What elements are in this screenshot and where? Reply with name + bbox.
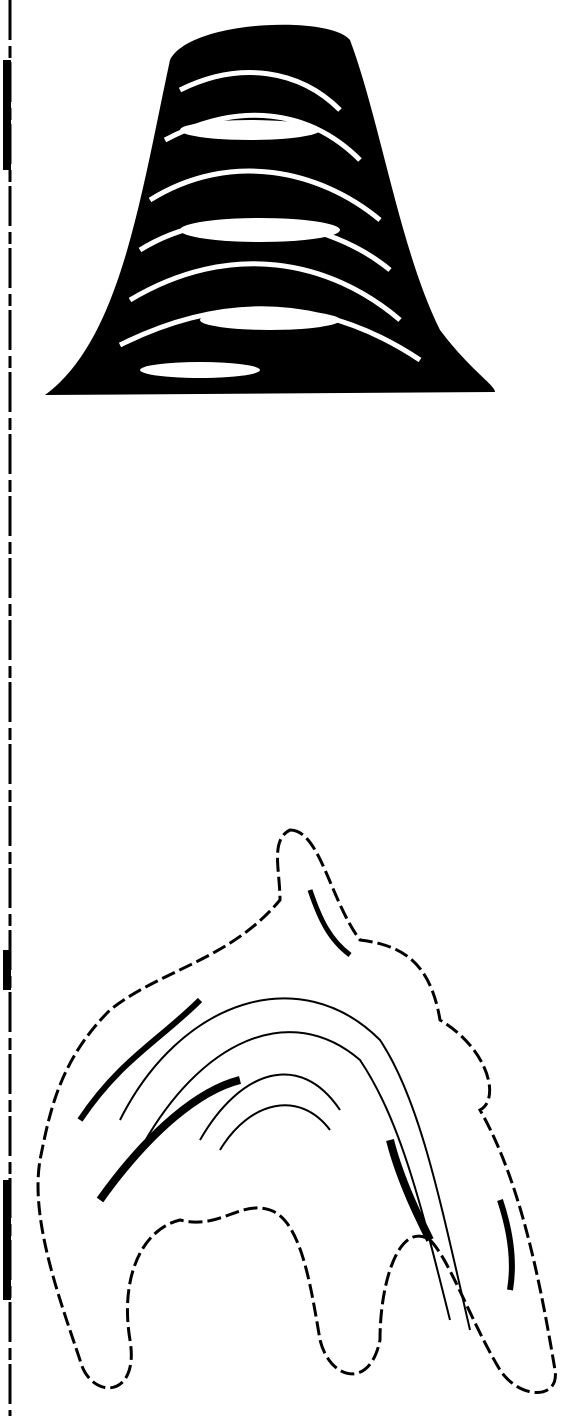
- left-border-mark: [3, 60, 11, 170]
- illustration: [0, 0, 582, 1416]
- left-border-mark: [3, 950, 11, 990]
- left-border-mark: [3, 1180, 11, 1300]
- lower-specimen: [38, 830, 555, 1393]
- upper-specimen: [45, 25, 495, 395]
